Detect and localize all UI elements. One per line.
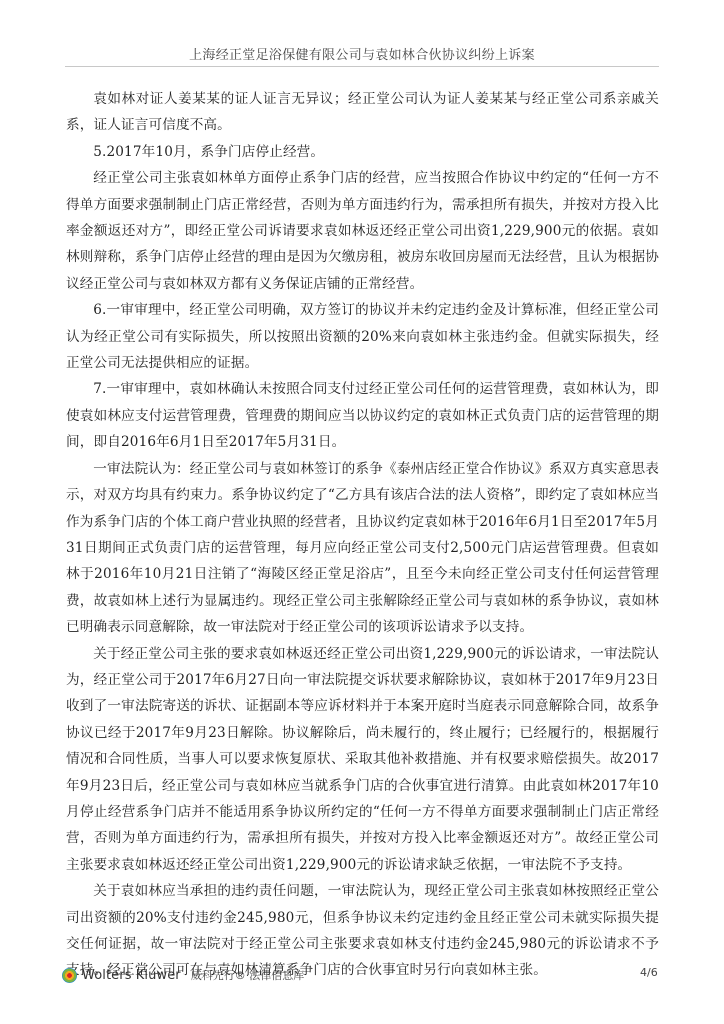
paragraph-item-5-claims: 经正堂公司主张袁如林单方面停止系争门店的经营，应当按照合作协议中约定的“任何一方…: [66, 165, 659, 297]
paragraph-item-6: 6.一审审理中，经正堂公司明确，双方签订的协议并未约定违约金及计算标准，但经正堂…: [66, 297, 659, 376]
wolters-kluwer-logo-icon: [62, 968, 77, 983]
paragraph-witness-testimony: 袁如林对证人姜某某的证人证言无异议；经正堂公司认为证人姜某某与经正堂公司系亲戚关…: [66, 86, 659, 139]
brand-subtitle: 威科先行®·法律信息库: [191, 967, 305, 983]
document-body: 袁如林对证人姜某某的证人证言无异议；经正堂公司认为证人姜某某与经正堂公司系亲戚关…: [66, 86, 659, 984]
paragraph-item-5: 5.2017年10月，系争门店停止经营。: [66, 139, 659, 165]
paragraph-capital-return-ruling: 关于经正堂公司主张的要求袁如林返还经正堂公司出资1,229,900元的诉讼请求，…: [66, 641, 659, 879]
header-divider: [65, 66, 659, 67]
brand-name: Wolters Kluwer: [82, 968, 181, 983]
paragraph-item-7: 7.一审审理中，袁如林确认未按照合同支付过经正堂公司任何的运营管理费，袁如林认为…: [66, 376, 659, 455]
paragraph-court-opinion: 一审法院认为：经正堂公司与袁如林签订的系争《泰州店经正堂合作协议》系双方真实意思…: [66, 456, 659, 641]
page-footer: Wolters Kluwer 威科先行®·法律信息库: [62, 964, 304, 986]
document-header-title: 上海经正堂足浴保健有限公司与袁如林合伙协议纠纷上诉案: [65, 44, 659, 63]
page-number: 4/6: [640, 966, 658, 979]
